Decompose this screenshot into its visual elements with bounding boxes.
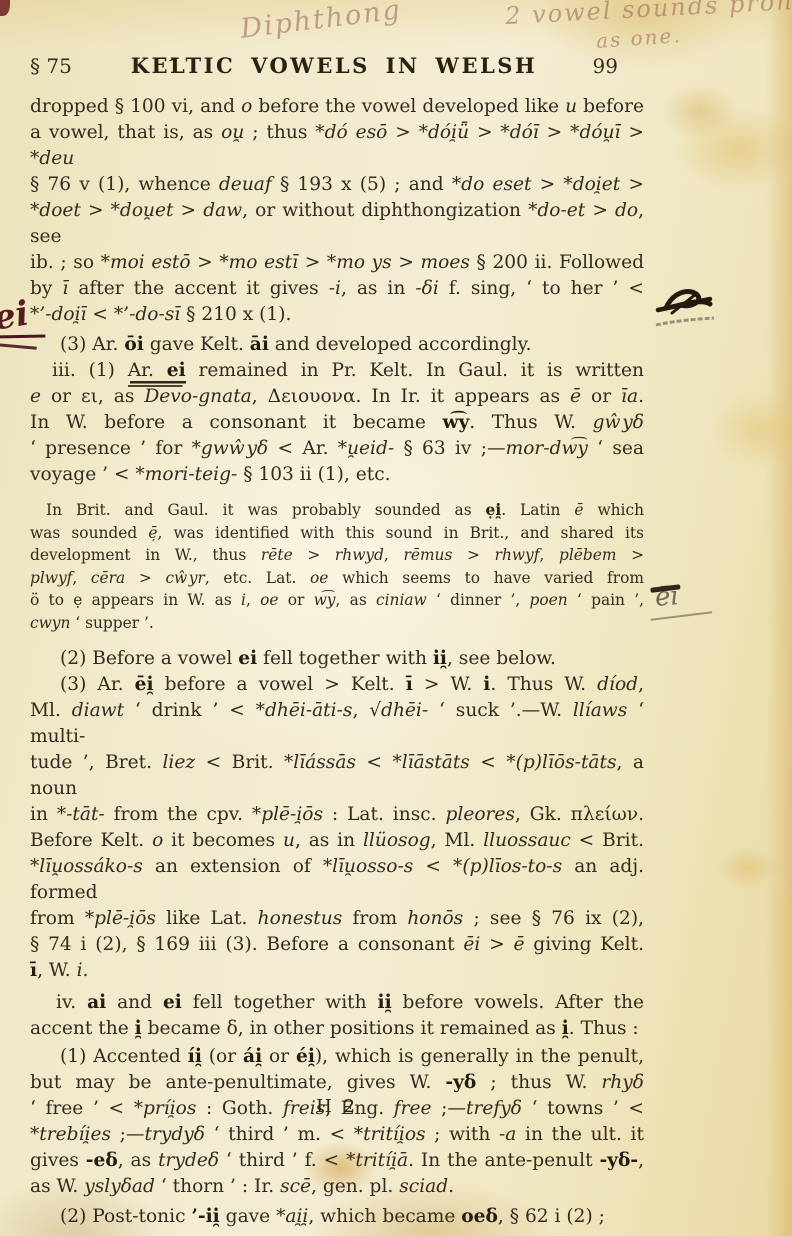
text-line: *’-doi̯ī < *’-do-sī § 210 x (1). <box>30 302 644 328</box>
text-line: (2) Before a vowel ei fell together with… <box>30 646 644 672</box>
margin-note-ei-ink: ei <box>0 294 31 339</box>
text-line: *trebíi̯es ;—trydyδ ‘ third ’ m. < *trit… <box>30 1122 644 1148</box>
pencil-underline <box>650 611 712 621</box>
margin-note-ei-pencil: ēi <box>654 581 680 613</box>
text-line: gives -eδ, as trydeδ ‘ third ’ f. < *tri… <box>30 1148 644 1174</box>
text-line: e or ει, as Devo-gnata, Δειουονα. In Ir.… <box>30 384 644 410</box>
text-line: In Brit. and Gaul. it was probably sound… <box>30 499 644 522</box>
text-line: (3) Ar. ōi gave Kelt. āi and developed a… <box>30 332 644 358</box>
text-line: was sounded ē̦, was identified with this… <box>30 522 644 545</box>
paragraph: iii. (1) Ar. ei remained in Pr. Kelt. In… <box>30 358 644 488</box>
text-line: In W. before a consonant it became w͡y. … <box>30 410 644 436</box>
paragraph: (1) Accented íi̯ (or ái̯ or éi̯), which … <box>30 1044 644 1200</box>
section-number: § 75 <box>30 54 120 78</box>
text-line: by ī after the accent it gives -i, as in… <box>30 276 644 302</box>
paragraph: (3) Ar. ōi gave Kelt. āi and developed a… <box>30 332 644 358</box>
text-line: voyage ’ < *mori-teig- § 103 ii (1), etc… <box>30 462 644 488</box>
text-line: from *plē-i̯ōs like Lat. honestus from h… <box>30 906 644 932</box>
text-line: dropped § 100 vi, and o before the vowel… <box>30 94 644 120</box>
paragraph: (2) Before a vowel ei fell together with… <box>30 646 644 672</box>
text-line: § 76 v (1), whence deuaf § 193 x (5) ; a… <box>30 172 644 198</box>
text-line: as W. yslyδad ‘ thorn ’ : Ir. scē, gen. … <box>30 1174 644 1200</box>
text-line: accent the i̯ became δ, in other positio… <box>30 1016 644 1042</box>
ink-spot <box>0 0 10 16</box>
page-title: KELTIC VOWELS IN WELSH <box>120 53 548 78</box>
text-line: iii. (1) Ar. ei remained in Pr. Kelt. In… <box>30 358 644 384</box>
text-line: ib. ; so *moi estō > *mo estī > *mo ys >… <box>30 250 644 276</box>
book-page: Diphthong 2 vowel sounds pronounced as o… <box>0 0 792 1236</box>
text-line: ‘ presence ’ for *gwŵyδ < Ar. *u̯eid- § … <box>30 436 644 462</box>
text-line: *līu̯ossáko-s an extension of *līu̯osso-… <box>30 854 644 906</box>
text-line: ö to ẹ appears in W. as i, oe or w͡y, as… <box>30 589 644 612</box>
text-line: ī, W. i. <box>30 958 644 984</box>
handwritten-note-diphthong: Diphthong <box>239 0 404 45</box>
text-line: Ml. diawt ‘ drink ’ < *dhēi-āti-s, √dhēi… <box>30 698 644 750</box>
text-line: (2) Post-tonic ’-ii̯ gave *ai̯i̯, which … <box>30 1204 644 1230</box>
handwritten-note-definition: 2 vowel sounds pronounced <box>505 0 792 30</box>
text-line: iv. ai and ei fell together with ii̯ bef… <box>30 990 644 1016</box>
handwritten-note-as-one: as one. <box>595 23 682 53</box>
text-line: plwyf, cēra > cŵyr, etc. Lat. oe which s… <box>30 567 644 590</box>
text-line: but may be ante-penultimate, gives W. -y… <box>30 1070 644 1096</box>
text-line: (3) Ar. ēi̯ before a vowel > Kelt. ī > W… <box>30 672 644 698</box>
text-line: cwyn ‘ supper ’. <box>30 612 644 635</box>
margin-note-crossed-out-scribble <box>652 282 726 338</box>
text-line: (1) Accented íi̯ (or ái̯ or éi̯), which … <box>30 1044 644 1070</box>
paragraph: dropped § 100 vi, and o before the vowel… <box>30 94 644 328</box>
page-number: 99 <box>548 54 646 78</box>
margin-note-ei-text: ei <box>0 294 31 339</box>
paragraph: (3) Ar. ēi̯ before a vowel > Kelt. ī > W… <box>30 672 644 984</box>
text-line: *doet > *dou̯et > daw, or without diphth… <box>30 198 644 250</box>
text-line: § 74 i (2), § 169 iii (3). Before a cons… <box>30 932 644 958</box>
text-line: development in W., thus rēte > rhwyd, rē… <box>30 544 644 567</box>
running-header: § 75 KELTIC VOWELS IN WELSH 99 <box>30 53 646 78</box>
paragraph: (2) Post-tonic ’-ii̯ gave *ai̯i̯, which … <box>30 1204 644 1230</box>
body-text: dropped § 100 vi, and o before the vowel… <box>30 94 644 1230</box>
text-line: in *-tāt- from the cpv. *plē-i̯ōs : Lat.… <box>30 802 644 828</box>
text-line: a vowel, that is, as ou̯ ; thus *dó esō … <box>30 120 644 172</box>
paragraph: In Brit. and Gaul. it was probably sound… <box>30 499 644 634</box>
paragraph: iv. ai and ei fell together with ii̯ bef… <box>30 990 644 1042</box>
text-line: tude ’, Bret. liez < Brit. *līássās < *l… <box>30 750 644 802</box>
text-line: Before Kelt. o it becomes u, as in llüos… <box>30 828 644 854</box>
signature-mark: H 2 <box>30 1096 644 1117</box>
